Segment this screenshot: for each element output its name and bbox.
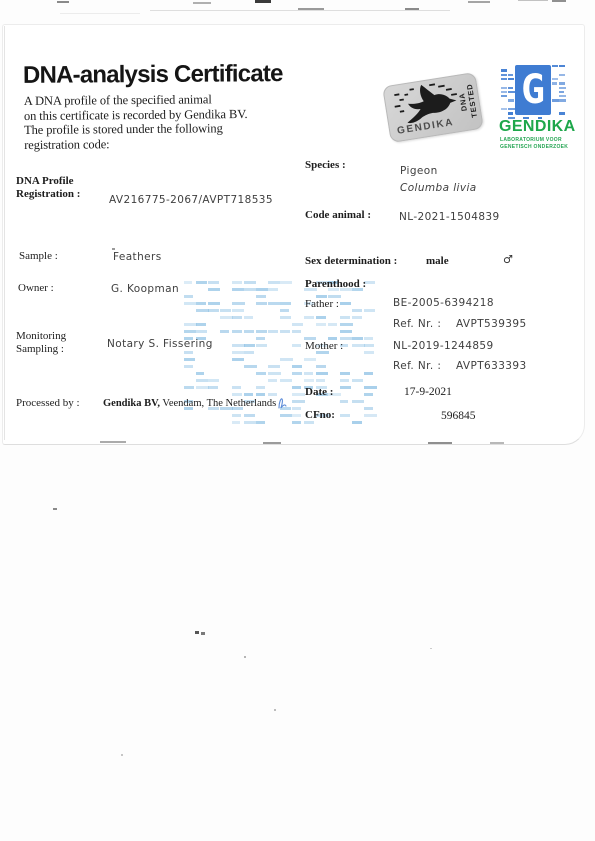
scan-noise-mark — [53, 508, 57, 510]
scan-noise-mark — [518, 0, 548, 1]
gendika-g-icon: G — [515, 65, 551, 115]
field-label-sample: Sample : — [19, 250, 58, 262]
field-value-sample: Feathers — [113, 251, 162, 263]
field-value-father-ref: AVPT539395 — [456, 318, 527, 330]
scan-noise-mark — [193, 2, 211, 4]
processed-by-location: Veendam, The Netherlands — [160, 398, 276, 409]
field-label-cfno: CFno: — [305, 409, 335, 421]
scan-noise-mark — [112, 248, 115, 250]
field-label-code-animal: Code animal : — [305, 209, 371, 221]
field-label-species: Species : — [305, 159, 346, 171]
scan-noise-mark — [405, 8, 419, 10]
field-label-father: Father : — [305, 298, 339, 310]
gendika-brand-text: GENDIKA — [499, 118, 589, 136]
field-label-father-ref: Ref. Nr. : — [393, 318, 441, 330]
male-symbol-icon: ♂ — [503, 253, 513, 266]
blue-signature-mark — [277, 397, 288, 410]
scan-noise-mark — [490, 442, 504, 444]
scan-noise-mark — [552, 0, 566, 2]
certificate-card: DNA-analysis Certificate A DNA profile o… — [2, 24, 585, 445]
field-value-owner: G. Koopman — [111, 283, 179, 295]
field-value-date: 17-9-2021 — [404, 386, 452, 398]
intro-paragraph: A DNA profile of the specified animal on… — [24, 92, 248, 152]
scan-noise-mark — [430, 648, 432, 649]
field-label-parenthood: Parenthood : — [305, 278, 366, 290]
field-label-owner: Owner : — [18, 282, 54, 294]
field-label-mother: Mother : — [305, 340, 343, 352]
scanned-page: DNA-analysis Certificate A DNA profile o… — [0, 0, 595, 841]
gendika-tagline: LABORATORIUM VOOR GENETISCH ONDERZOEK — [500, 137, 590, 150]
field-value-mother-ref: AVPT633393 — [456, 360, 527, 372]
gendika-logo: G — [501, 65, 565, 121]
scan-noise-mark — [468, 1, 490, 3]
dna-tested-stamp: GENDIKA DNA TESTED — [382, 72, 484, 143]
scan-noise-mark — [57, 1, 69, 3]
field-label-date: Date : — [305, 386, 333, 398]
field-value-sex: male — [426, 255, 449, 267]
intro-line: registration code: — [24, 136, 248, 153]
scan-noise-mark — [121, 754, 123, 756]
field-value-code-animal: NL-2021-1504839 — [399, 211, 500, 223]
field-label-processed-by: Processed by : — [16, 397, 80, 409]
field-label-monitoring: Monitoring Sampling : — [16, 330, 66, 356]
intro-line: The profile is stored under the followin… — [24, 121, 248, 138]
scan-noise-mark — [255, 0, 271, 3]
scan-noise-mark — [201, 632, 205, 635]
scan-noise-mark — [195, 631, 199, 634]
field-value-species-latin: Columba livia — [400, 182, 477, 194]
field-value-cfno: 596845 — [441, 410, 476, 422]
scan-noise-mark — [60, 13, 140, 14]
scan-noise-mark — [100, 441, 126, 443]
field-value-dna-profile: AV216775-2067/AVPT718535 — [109, 194, 273, 206]
stamp-dna-tested-text: DNA TESTED — [455, 75, 481, 127]
scan-noise-mark — [150, 10, 450, 11]
scan-noise-mark — [274, 709, 276, 711]
field-value-father: BE-2005-6394218 — [393, 297, 494, 309]
field-value-processed-by: Gendika BV, Veendam, The Netherlands — [103, 397, 288, 410]
field-label-sex: Sex determination : — [305, 255, 397, 267]
field-value-monitoring: Notary S. Fissering — [107, 338, 213, 350]
processed-by-company: Gendika BV, — [103, 398, 160, 409]
field-label-dna-profile: DNA Profile Registration : — [16, 175, 80, 201]
scan-noise-mark — [263, 442, 281, 444]
scan-noise-mark — [4, 26, 5, 440]
page-title: DNA-analysis Certificate — [23, 60, 283, 90]
scan-noise-mark — [298, 8, 324, 10]
field-label-mother-ref: Ref. Nr. : — [393, 360, 441, 372]
scan-noise-mark — [428, 442, 452, 444]
tagline-line: GENETISCH ONDERZOEK — [500, 144, 590, 151]
field-value-species: Pigeon — [400, 165, 438, 177]
scan-noise-mark — [244, 656, 246, 658]
field-value-mother: NL-2019-1244859 — [393, 340, 494, 352]
